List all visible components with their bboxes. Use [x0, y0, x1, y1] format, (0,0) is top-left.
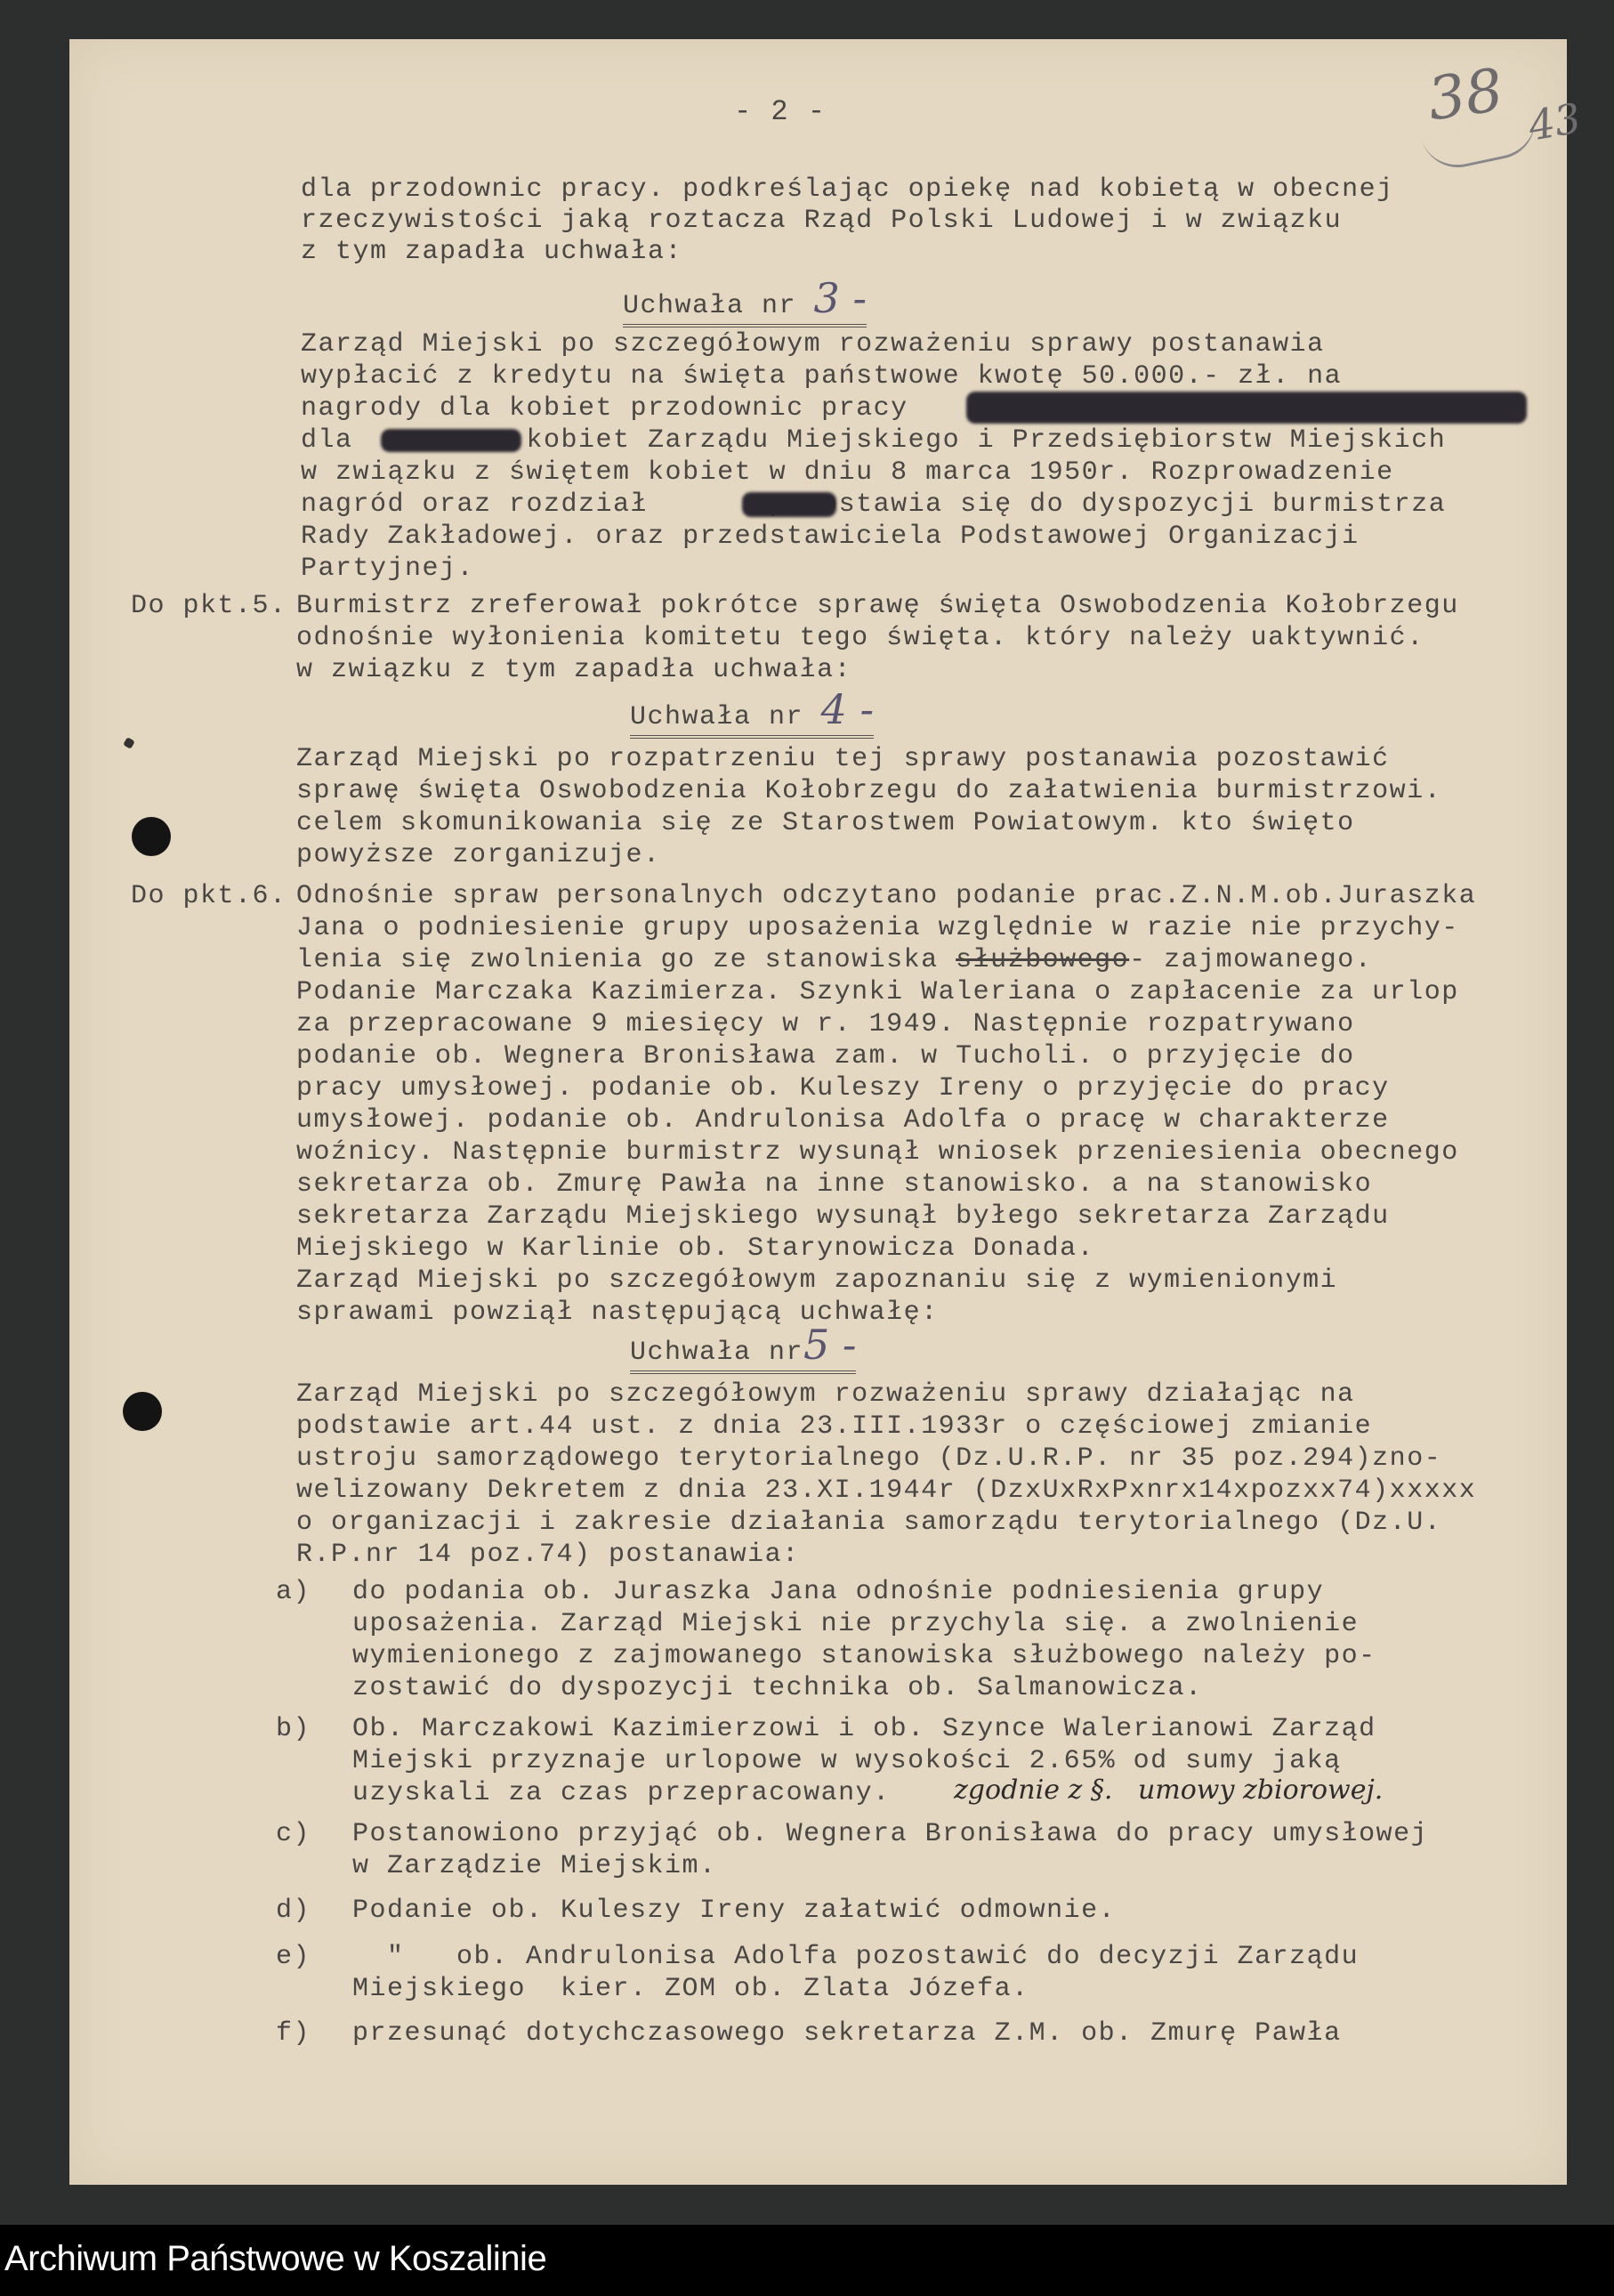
resolution-5-line: Zarząd Miejski po szczegółowym rozważeni…	[296, 1379, 1355, 1411]
point-6-line: podanie ob. Wegnera Bronisława zam. w Tu…	[296, 1041, 1355, 1072]
item-b-line: uzyskali za czas przepracowany.	[352, 1778, 891, 1809]
resolution-5-heading: Uchwała nr5 -	[630, 1321, 856, 1374]
item-a-line: wymienionego z zajmowanego stanowiska sł…	[352, 1641, 1376, 1672]
point-6-line: sekretarza ob. Zmurę Pawła na inne stano…	[296, 1169, 1372, 1201]
resolution-5-line: welizowany Dekretem z dnia 23.XI.1944r (…	[296, 1475, 1476, 1507]
item-d-marker: d)	[276, 1896, 311, 1927]
resolution-3-line: w związku z świętem kobiet w dniu 8 marc…	[301, 457, 1394, 489]
resolution-5-line: ustroju samorządowego terytorialnego (Dz…	[296, 1443, 1441, 1475]
resolution-3-number: 3	[814, 274, 840, 322]
resolution-4-heading: Uchwała nr 4 -	[630, 685, 874, 739]
resolution-3-line: Rady Zakładowej. oraz przedstawiciela Po…	[301, 521, 1360, 553]
point-6-line: sekretarza Zarządu Miejskiego wysunął by…	[296, 1201, 1390, 1233]
item-c-line: Postanowiono przyjąć ob. Wegnera Bronisł…	[352, 1819, 1428, 1850]
point-5-label: Do pkt.5.	[131, 591, 287, 622]
item-e-line: Miejskiego kier. ZOM ob. Zlata Józefa.	[352, 1974, 1029, 2005]
point-6-line: umysłowej. podanie ob. Andrulonisa Adolf…	[296, 1105, 1390, 1136]
resolution-3-line: nagrody dla kobiet przodownic pracy	[301, 393, 908, 424]
resolution-4-line: powyższe zorganizuje.	[296, 840, 661, 871]
resolution-4-line: Zarząd Miejski po rozpatrzeniu tej spraw…	[296, 744, 1390, 775]
intro-line: z tym zapadła uchwała:	[301, 237, 682, 268]
resolution-4-line: sprawę święta Oswobodzenia Kołobrzegu do…	[296, 776, 1441, 807]
item-c-marker: c)	[276, 1819, 311, 1850]
intro-line: rzeczywistości jaką roztacza Rząd Polski…	[301, 206, 1342, 237]
point-6-line: lenia się zwolnienia go ze stanowiska sł…	[296, 945, 1372, 976]
item-b-line: Miejski przyznaje urlopowe w wysokości 2…	[352, 1746, 1342, 1777]
item-e-marker: e)	[276, 1942, 311, 1973]
point-6-line: woźnicy. Następnie burmistrz wysunął wni…	[296, 1137, 1459, 1168]
redaction-mark	[966, 392, 1527, 424]
struck-word: służbowego	[956, 945, 1129, 975]
point-6-line: za przepracowane 9 miesięcy w r. 1949. N…	[296, 1009, 1355, 1040]
item-e-line: " ob. Andrulonisa Adolfa pozostawić do d…	[352, 1942, 1359, 1973]
resolution-4-number: 4	[821, 685, 847, 733]
point-5-line: Burmistrz zreferował pokrótce sprawę świ…	[296, 591, 1459, 622]
resolution-4-line: celem skomunikowania się ze Starostwem P…	[296, 808, 1355, 839]
resolution-3-line: wypłacić z kredytu na święta państwowe k…	[301, 361, 1342, 392]
resolution-5-line: podstawie art.44 ust. z dnia 23.III.1933…	[296, 1411, 1372, 1443]
point-6-label: Do pkt.6.	[131, 881, 287, 912]
item-b-line: Ob. Marczakowi Kazimierzowi i ob. Szynce…	[352, 1714, 1376, 1745]
punch-hole	[132, 817, 171, 856]
point-6-line: Zarząd Miejski po szczegółowym zapoznani…	[296, 1265, 1337, 1297]
point-6-line: pracy umysłowej. podanie ob. Kuleszy Ire…	[296, 1073, 1390, 1104]
point-6-line: Miejskiego w Karlinie ob. Starynowicza D…	[296, 1233, 1094, 1265]
resolution-3-line: Partyjnej.	[301, 554, 474, 585]
archive-name: Archiwum Państwowe w Koszalinie	[4, 2239, 546, 2279]
resolution-5-line: o organizacji i zakresie działania samor…	[296, 1508, 1441, 1539]
redaction-mark	[742, 492, 836, 517]
item-a-line: do podania ob. Juraszka Jana odnośnie po…	[352, 1577, 1324, 1608]
resolution-3-heading: Uchwała nr 3 -	[623, 274, 867, 327]
point-6-line: Podanie Marczaka Kazimierza. Szynki Wale…	[296, 977, 1459, 1008]
item-f-line: przesunąć dotychczasowego sekretarza Z.M…	[352, 2018, 1342, 2049]
point-6-line: Odnośnie spraw personalnych odczytano po…	[296, 881, 1476, 912]
resolution-3-line: Zarząd Miejski po szczegółowym rozważeni…	[301, 329, 1325, 360]
resolution-3-line: nagród oraz rozdział pozostawia się do d…	[301, 489, 1446, 521]
intro-line: dla przodownic pracy. podkreślając opiek…	[301, 174, 1394, 206]
point-6-line: Jana o podniesienie grupy uposażenia wzg…	[296, 913, 1459, 944]
item-a-marker: a)	[276, 1577, 311, 1608]
resolution-5-number: 5	[803, 1321, 829, 1369]
item-c-line: w Zarządzie Miejskim.	[352, 1851, 717, 1882]
punch-hole	[123, 1392, 162, 1431]
page-number: - 2 -	[734, 96, 827, 127]
item-f-marker: f)	[276, 2018, 311, 2049]
point-5-line: w związku z tym zapadła uchwała:	[296, 655, 851, 686]
resolution-5-line: R.P.nr 14 poz.74) postanawia:	[296, 1540, 800, 1571]
point-5-line: odnośnie wyłonienia komitetu tego święta…	[296, 623, 1424, 654]
redaction-mark	[381, 429, 521, 452]
item-b-marker: b)	[276, 1714, 311, 1745]
item-a-line: zostawić do dyspozycji technika ob. Salm…	[352, 1673, 1203, 1704]
item-d-line: Podanie ob. Kuleszy Ireny załatwić odmow…	[352, 1896, 1116, 1927]
item-a-line: uposażenia. Zarząd Miejski nie przychyla…	[352, 1609, 1359, 1640]
handwritten-note: zgodnie z §. umowy zbiorowej.	[954, 1775, 1383, 1806]
